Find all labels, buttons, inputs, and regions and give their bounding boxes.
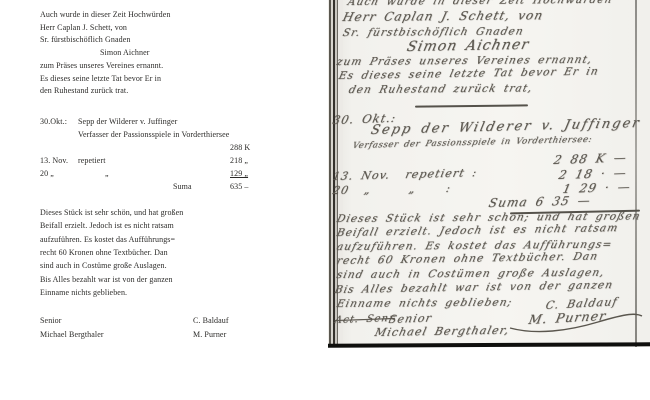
manuscript-scan-page: Auch wurde in dieser Zeit Hochwürden Her… [328,0,650,347]
ledger-sum-amount: 635 – [230,182,249,191]
transcription-line: zum Präses unseres Vereines ernannt. [40,61,163,70]
manuscript-line: den Ruhestand zurück trat, [347,82,534,96]
manuscript-line: 13. Nov. repetiert : [331,166,478,183]
page-edge-line [635,0,637,347]
transcription-name-line: Simon Aichner [100,48,150,57]
signature-name: C. Baldauf [193,316,229,325]
manuscript-line: Einname nichts geblieben; [335,296,513,310]
transcription-line: Bis Alles bezahlt war ist von der ganzen [40,275,173,284]
signature-flourish [506,310,646,334]
ledger-desc: Verfasser der Passionsspiele in Vorderth… [78,130,229,139]
manuscript-line: sind auch in Costümen große Auslagen, [335,267,606,281]
ledger-date: 13. Nov. [40,156,68,165]
transcription-line: Beifall erzielt. Jedoch ist es nicht rat… [40,221,174,230]
document-spread: Auch wurde in dieser Zeit Hochwürden Her… [0,0,650,400]
ledger-desc: Sepp der Wilderer v. Juffinger [78,117,177,126]
ledger-sum-label: Suma [173,182,192,191]
ledger-amount: 129 „ [230,169,248,178]
manuscript-signature-title: Senior [387,311,433,326]
transcription-line: Einname nichts geblieben. [40,288,127,297]
page-bottom-rule [328,342,650,347]
manuscript-line: 20 „ „ : [331,182,452,197]
transcription-line: den Ruhestand zurück trat. [40,86,128,95]
ledger-desc: repetiert [78,156,106,165]
ledger-date: 20 „ [40,169,54,178]
manuscript-line: Es dieses seine letzte Tat bevor Er in [337,65,600,82]
manuscript-line: Herr Caplan J. Schett, von [341,8,545,24]
manuscript-signature: Michael Bergthaler, [373,324,511,339]
handdrawn-divider [415,104,528,107]
transcription-line: Herr Caplan J. Schett, von [40,23,127,32]
transcription-line: Sr. fürstbischöflich Gnaden [40,35,130,44]
manuscript-title-line: Sepp der Wilderer v. Juffinger [369,116,642,138]
manuscript-name-line: Simon Aichner [405,37,531,55]
signature-title: Senior [40,316,62,325]
manuscript-amount: 2 88 K — [552,150,628,167]
signature-name: Michael Bergthaler [40,330,104,339]
manuscript-line: Auch wurde in dieser Zeit Hochwürden [346,0,614,8]
manuscript-line: Bis Alles bezahlt war ist von der ganzen [333,279,614,296]
manuscript-sum-line: Suma 6 35 — [487,193,592,210]
transcription-line: recht 60 Kronen ohne Textbücher. Dan [40,248,168,257]
transcription-line: aufzuführen. Es kostet das Aufführungs= [40,235,175,244]
manuscript-crossed-out-word: Act. Senr [334,313,396,326]
transcription-line: Es dieses seine letzte Tat bevor Er in [40,74,161,83]
ledger-amount: 218 „ [230,156,248,165]
ledger-amount: 288 K [230,143,250,152]
manuscript-line: recht 60 Kronen ohne Textbücher. Dan [335,250,599,267]
transcription-line: Auch wurde in dieser Zeit Hochwürden [40,10,170,19]
signature-name: M. Purner [193,330,226,339]
ledger-date: 30.Okt.: [40,117,67,126]
transcription-line: sind auch in Costüme große Auslagen. [40,261,167,270]
ledger-ditto-mark: „ [105,169,109,178]
transcription-line: Dieses Stück ist sehr schön, und hat gro… [40,208,183,217]
